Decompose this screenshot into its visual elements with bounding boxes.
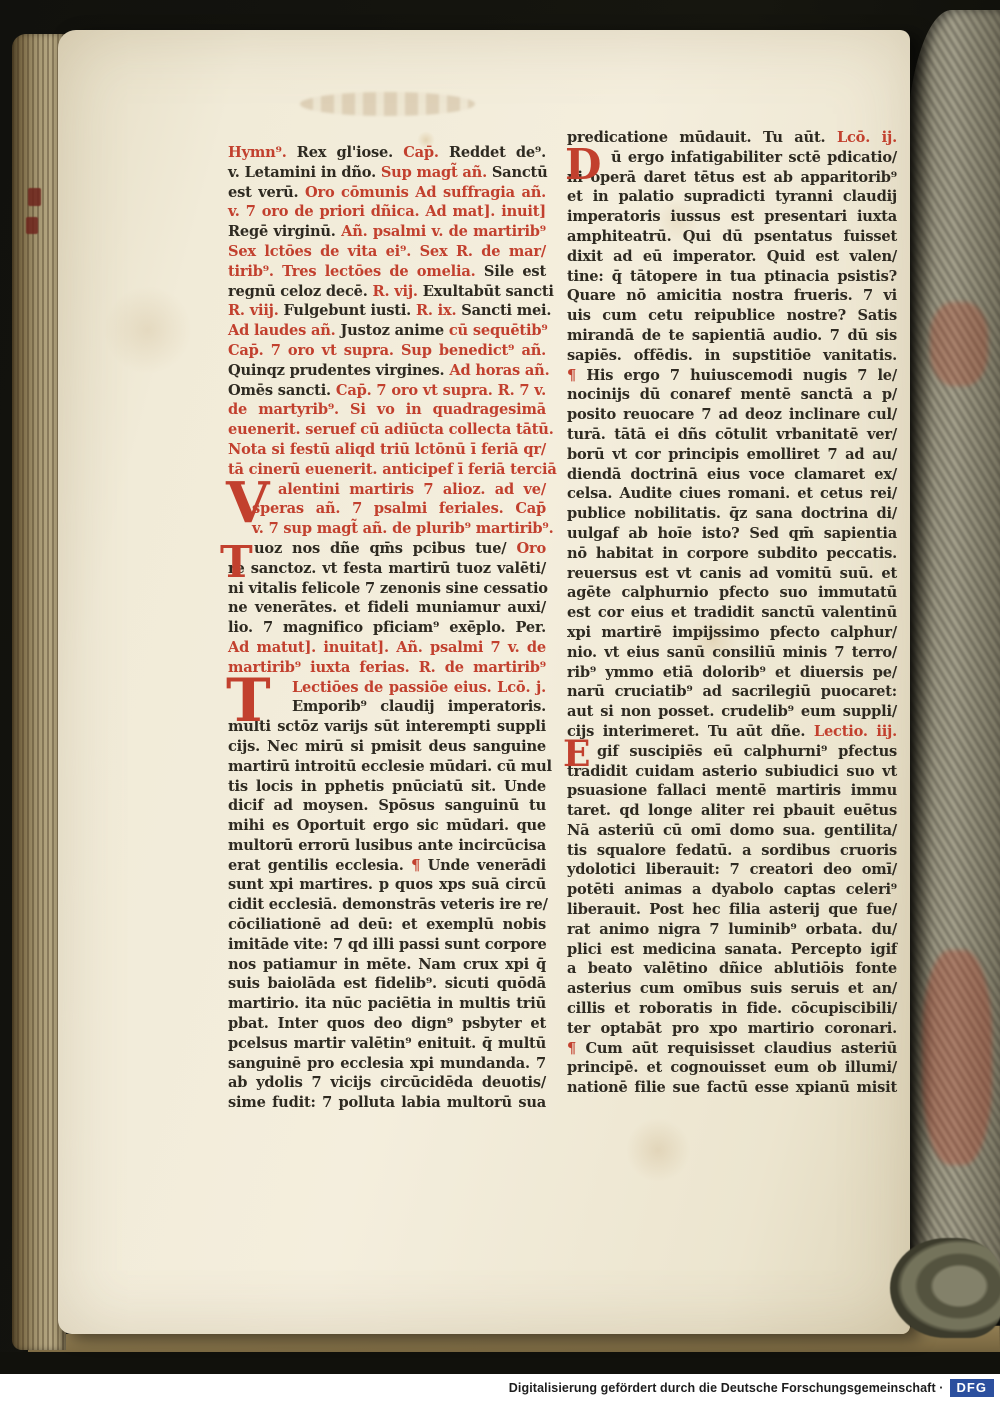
text-line: tirib⁹. Tres lectōes de omelia. Sile est [228, 262, 546, 282]
text-line: potēti animas a dyabolo captas celeri⁹ [567, 880, 897, 900]
text-segment: potēti animas a dyabolo captas celeri⁹ [567, 881, 897, 898]
text-segment: cillis et roboratis in fide. cōcupiscibi… [567, 1000, 897, 1017]
text-line: imperatoris iussus est presentari iuxta [567, 207, 897, 227]
text-line: pbat. Inter quos deo dign⁹ psbyter et [228, 1014, 546, 1034]
text-segment: ni operā daret tētus est ab apparitorib⁹ [567, 169, 897, 186]
text-segment: sime fudit: 7 polluta labia multorū sua [228, 1094, 546, 1111]
text-segment: R. ix. [416, 302, 456, 319]
text-line: reuersus est vt canis ad vomitū suū. et [567, 564, 897, 584]
text-segment: est cor eius et tradidit sanctū valentin… [567, 604, 897, 621]
text-line: cijs interimeret. Tu aūt dñe. Lectio. ii… [567, 722, 897, 742]
text-line: suis baiolāda est fidelib⁹. sicuti quōdā [228, 974, 546, 994]
text-segment: lio. 7 magnifico pficiam⁹ exēplo. Per. [228, 619, 546, 636]
text-segment: ¶ [567, 1040, 576, 1057]
text-segment: agēte calphurnio pfecto suo immutatū [567, 584, 897, 601]
text-segment: Sile est [484, 263, 546, 280]
text-segment: speras añ. 7 psalmi feriales. Cap̄ [252, 500, 546, 517]
text-segment: asterius cum omībus suis seruis et an/ [567, 980, 897, 997]
text-segment: narū cruciatib⁹ ad sacrilegiū puocaret: [567, 683, 897, 700]
text-segment: Omēs sancti. [228, 382, 331, 399]
text-line: R. viij. Fulgebunt iusti. R. ix. Sancti … [228, 301, 546, 321]
text-segment: imperatoris iussus est presentari iuxta [567, 208, 897, 225]
text-segment: pbat. Inter quos deo dign⁹ psbyter et [228, 1015, 546, 1032]
text-segment: a beato valētino dñice ablutiōis fonte [567, 960, 897, 977]
text-segment: v. 7 sup magt̃ añ. de plurib⁹ martirib⁹. [252, 520, 554, 537]
text-line: publice nobilitatis. q̄z sana doctrina d… [567, 504, 897, 524]
text-segment: multi sctōz varijs sūt interempti suppli [228, 718, 546, 735]
text-line: mihi es Oportuit ergo sic mūdari. que [228, 816, 546, 836]
text-segment: Fulgebunt iusti. [284, 302, 412, 319]
text-segment: dicif ad moysen. Spōsus sanguinū tu [228, 797, 546, 814]
text-line: v. 7 oro de priori dñica. Ad mat]. inuit… [228, 202, 546, 222]
background-shadow [0, 1352, 1000, 1374]
text-line: agēte calphurnio pfecto suo immutatū [567, 583, 897, 603]
text-line: ni operā daret tētus est ab apparitorib⁹ [567, 168, 897, 188]
text-line: nō habitat in corpore subdito peccatis. [567, 544, 897, 564]
text-segment: taret. qd longe aliter rei pbauit euētus [567, 802, 897, 819]
text-line: narū cruciatib⁹ ad sacrilegiū puocaret: [567, 682, 897, 702]
text-line: uoz nos dñe qm̄s pcibus tue/ Oro [228, 539, 546, 559]
text-segment: rat animo nigra 7 luminib⁹ orbata. du/ [567, 921, 897, 938]
text-segment: ¶ [567, 367, 576, 384]
text-line: Quare nō amicitia nostra frueris. 7 vi [567, 286, 897, 306]
text-segment: Cap̄. [403, 144, 439, 161]
text-line: Nota si festū aliqd triū lctōnū ī feriā … [228, 440, 546, 460]
text-segment: Oro cōmunis Ad suffragia añ. [305, 184, 546, 201]
text-segment: re sanctoz. vt festa martirū tuoz valēti… [228, 560, 546, 577]
text-line: tā cinerū euenerit. anticipef ī feriā te… [228, 460, 546, 480]
text-line: plici est medicina sanata. Percepto igif [567, 940, 897, 960]
text-line: diendā doctrinā eius voce clamaret ex/ [567, 465, 897, 485]
text-line: v. 7 sup magt̃ añ. de plurib⁹ martirib⁹. [228, 519, 546, 539]
text-line: aut si non posset. crudelib⁹ eum suppli/ [567, 702, 897, 722]
text-segment: posito reuocare 7 ad deoz inclinare cul/ [567, 406, 897, 423]
text-line: mirandā de te sapientiā audio. 7 dū sis [567, 326, 897, 346]
text-line: ter optabāt pro xpo martirio coronari. [567, 1019, 897, 1039]
ink-showthrough [300, 92, 475, 116]
text-line: sunt xpi martires. p quos xps suā circū [228, 875, 546, 895]
text-segment: Lcō. ij. [837, 129, 897, 146]
text-line: tis squalore fedatū. a sordibus cruoris [567, 841, 897, 861]
text-segment: erat gentilis ecclesia. [228, 857, 404, 874]
text-line: taret. qd longe aliter rei pbauit euētus [567, 801, 897, 821]
text-segment: Nā asteriū cū omī domo sua. gentilita/ [567, 822, 897, 839]
text-line: Cap̄. 7 oro vt supra. Sup benedict⁹ añ. [228, 341, 546, 361]
text-segment: alentini martiris 7 alioz. ad ve/ [278, 481, 546, 498]
text-segment: v. Letamini in dño. [228, 164, 376, 181]
text-segment: sapiēs. offēdis. in supstitiōe vanitatis… [567, 347, 897, 364]
text-segment: borū vt cor principis emolliret 7 ad au/ [567, 446, 897, 463]
text-segment: tradidit cuidam asterio subiudici suo vt [567, 763, 897, 780]
illuminated-initial: E [563, 736, 590, 772]
text-line: sanguinē pro ecclesia xpi mundanda. 7 [228, 1054, 546, 1074]
text-line: cōciliationē ad deū: et exemplū nobis [228, 915, 546, 935]
text-line: martirio. ita nūc paciētia in multis tri… [228, 994, 546, 1014]
text-segment: mirandā de te sapientiā audio. 7 dū sis [567, 327, 897, 344]
text-line: alentini martiris 7 alioz. ad ve/ [228, 480, 546, 500]
text-line: dicif ad moysen. Spōsus sanguinū tu [228, 796, 546, 816]
text-segment: ab ydolis 7 vicijs circūcidēda deuotis/ [228, 1074, 546, 1091]
text-line: erat gentilis ecclesia. ¶ Unde venerādi [228, 856, 546, 876]
text-segment: Quare nō amicitia nostra frueris. 7 vi [567, 287, 897, 304]
adjacent-page-edge [906, 10, 1000, 1278]
text-segment: martirib⁹ iuxta ferias. R. de martirib⁹ [228, 659, 546, 676]
text-line: Hymn⁹. Rex gl'iose. Cap̄. Reddet de⁹. [228, 143, 546, 163]
illuminated-initial: T [226, 671, 271, 731]
dfg-logo: DFG [950, 1379, 994, 1397]
text-segment: xpi martirē impijssimo pfecto calphur/ [567, 624, 897, 641]
text-line: est verū. Oro cōmunis Ad suffragia añ. [228, 183, 546, 203]
text-line: imitāde vite: 7 qd illi passi sunt corpo… [228, 935, 546, 955]
text-segment: R. vij. [373, 283, 418, 300]
text-segment: tis squalore fedatū. a sordibus cruoris [567, 842, 897, 859]
text-segment: nio. vt eius sanū consiliū minis 7 terro… [567, 644, 897, 661]
text-segment: cijs interimeret. Tu aūt dñe. [567, 723, 805, 740]
text-segment: martirū introitū ecclesie mūdari. cū mul [228, 758, 552, 775]
text-line: multorū errorū lusibus ante incircūcisa [228, 836, 546, 856]
bookmark-tab [28, 188, 41, 206]
text-line: lio. 7 magnifico pficiam⁹ exēplo. Per. [228, 618, 546, 638]
text-segment: ne venerātes. et fideli muniamur auxi/ [228, 599, 546, 616]
text-line: ¶ His ergo 7 huiuscemodi nugis 7 le/ [567, 366, 897, 386]
text-line: Lectiōes de passiōe eius. Lcō. j. [228, 678, 546, 698]
text-segment: cōciliationē ad deū: et exemplū nobis [228, 916, 546, 933]
text-line: a beato valētino dñice ablutiōis fonte [567, 959, 897, 979]
text-segment: Quinqz prudentes virgines. [228, 362, 444, 379]
text-segment: Sancti mei. [461, 302, 551, 319]
text-segment: tā cinerū euenerit. anticipef ī feriā te… [228, 461, 557, 478]
text-segment: aut si non posset. crudelib⁹ eum suppli/ [567, 703, 897, 720]
text-segment: Sex lctōes de vita ei⁹. Sex R. de mar/ [228, 243, 546, 260]
text-line: ne venerātes. et fideli muniamur auxi/ [228, 598, 546, 618]
text-line: ab ydolis 7 vicijs circūcidēda deuotis/ [228, 1073, 546, 1093]
text-line: amphiteatrū. Qui dū psentatus fuisset [567, 227, 897, 247]
text-line: regnū celoz decē. R. vij. Exultabūt sanc… [228, 282, 546, 302]
text-line: borū vt cor principis emolliret 7 ad au/ [567, 445, 897, 465]
text-segment: Lectio. iij. [814, 723, 897, 740]
adjacent-page-red-text-blur [930, 302, 988, 386]
text-line: rib⁹ ymmo etiā dolorib⁹ et diuersis pe/ [567, 663, 897, 683]
text-segment: His ergo 7 huiuscemodi nugis 7 le/ [586, 367, 897, 384]
bookmark-tab [26, 217, 38, 234]
text-line: v. Letamini in dño. Sup magt̃ añ. Sanctū [228, 163, 546, 183]
text-line: re sanctoz. vt festa martirū tuoz valēti… [228, 559, 546, 579]
text-segment: de martyrib⁹. Si vo in quadragesimā [228, 401, 546, 418]
text-segment: sanguinē pro ecclesia xpi mundanda. 7 [228, 1055, 546, 1072]
text-line: martirib⁹ iuxta ferias. R. de martirib⁹ [228, 658, 546, 678]
text-line: est cor eius et tradidit sanctū valentin… [567, 603, 897, 623]
text-line: martirū introitū ecclesie mūdari. cū mul [228, 757, 546, 777]
text-line: liberauit. Post hec filia asterij que fu… [567, 900, 897, 920]
text-line: nocinijs dū conaref mentē sanctā a p/ [567, 385, 897, 405]
text-line: nationē filie sue factū esse xpianū misi… [567, 1078, 897, 1098]
text-line: sime fudit: 7 polluta labia multorū sua [228, 1093, 546, 1113]
text-segment: ¶ [411, 857, 420, 874]
text-segment: Añ. psalmi v. de martirib⁹ [341, 223, 546, 240]
text-segment: rib⁹ ymmo etiā dolorib⁹ et diuersis pe/ [567, 664, 897, 681]
text-line: tine: q̄ tātopere in tua ptinacia psisti… [567, 267, 897, 287]
text-segment: plici est medicina sanata. Percepto igif [567, 941, 897, 958]
text-line: de martyrib⁹. Si vo in quadragesimā [228, 400, 546, 420]
text-segment: tine: q̄ tātopere in tua ptinacia psisti… [567, 268, 897, 285]
text-segment: euenerit. seruef cū adiūcta collecta tāt… [228, 421, 554, 438]
text-line: ydolotici liberauit: 7 creatori deo omī/ [567, 860, 897, 880]
text-segment: Sanctū [492, 164, 548, 181]
text-segment: Justoz anime [340, 322, 444, 339]
text-line: nos patiamur in mēte. Nam crux xpi q̄ [228, 955, 546, 975]
text-column-right: predicatione mūdauit. Tu aūt. Lcō. ij.ū … [567, 128, 897, 1098]
text-segment: regnū celoz decē. [228, 283, 368, 300]
text-segment: Regē virginū. [228, 223, 336, 240]
text-segment: sunt xpi martires. p quos xps suā circū [228, 876, 546, 893]
text-segment: nocinijs dū conaref mentē sanctā a p/ [567, 386, 897, 403]
text-segment: liberauit. Post hec filia asterij que fu… [567, 901, 897, 918]
text-segment: mihi es Oportuit ergo sic mūdari. que [228, 817, 546, 834]
text-segment: Hymn⁹. [228, 144, 287, 161]
text-segment: Lectiōes de passiōe eius. Lcō. j. [292, 679, 546, 696]
text-segment: R. viij. [228, 302, 279, 319]
text-line: uulgaf ab hoīe isto? Sed qm̄ sapientia [567, 524, 897, 544]
text-segment: reuersus est vt canis ad vomitū suū. et [567, 565, 897, 582]
text-segment: uulgaf ab hoīe isto? Sed qm̄ sapientia [567, 525, 897, 542]
text-segment: amphiteatrū. Qui dū psentatus fuisset [567, 228, 897, 245]
page-curl [890, 1238, 1000, 1338]
text-line: tradidit cuidam asterio subiudici suo vt [567, 762, 897, 782]
text-line: cijs. Nec mirū si pmisit deus sanguine [228, 737, 546, 757]
text-segment: nationē filie sue factū esse xpianū misi… [567, 1079, 897, 1096]
text-segment: Oro [516, 540, 546, 557]
text-line: Nā asteriū cū omī domo sua. gentilita/ [567, 821, 897, 841]
book-page: Hymn⁹. Rex gl'iose. Cap̄. Reddet de⁹.v. … [58, 30, 910, 1334]
text-line: uis cum cetu reipublice nostre? Satis [567, 306, 897, 326]
text-line: posito reuocare 7 ad deoz inclinare cul/ [567, 405, 897, 425]
text-segment: cijs. Nec mirū si pmisit deus sanguine [228, 738, 546, 755]
text-line: Ad laudes añ. Justoz anime cū sequētib⁹ [228, 321, 546, 341]
text-segment: tirib⁹. Tres lectōes de omelia. [228, 263, 476, 280]
text-segment: nō habitat in corpore subdito peccatis. [567, 545, 897, 562]
text-line: sapiēs. offēdis. in supstitiōe vanitatis… [567, 346, 897, 366]
text-line: Ad matut]. inuitat]. Añ. psalmi 7 v. de [228, 638, 546, 658]
text-segment: est verū. [228, 184, 298, 201]
text-segment: dixit ad eū imperator. Quid est valen/ [567, 248, 897, 265]
text-segment: ydolotici liberauit: 7 creatori deo omī/ [567, 861, 897, 878]
text-line: Sex lctōes de vita ei⁹. Sex R. de mar/ [228, 242, 546, 262]
text-line: euenerit. seruef cū adiūcta collecta tāt… [228, 420, 546, 440]
text-segment: cidit ecclesiā. demonstrās veteris ire r… [228, 896, 548, 913]
text-line: asterius cum omībus suis seruis et an/ [567, 979, 897, 999]
text-segment: tis locis in pphetis pnūciatū sit. Unde [228, 778, 546, 795]
text-line: predicatione mūdauit. Tu aūt. Lcō. ij. [567, 128, 897, 148]
text-segment: predicatione mūdauit. Tu aūt. [567, 129, 825, 146]
text-segment: Cap̄. 7 oro vt supra. Sup benedict⁹ añ. [228, 342, 546, 359]
text-line: pcelsus martir valētin⁹ enituit. q̄ mult… [228, 1034, 546, 1054]
text-segment: celsa. Audite ciues romani. et cetus rei… [567, 485, 897, 502]
illuminated-initial: T [220, 541, 253, 585]
text-segment: psuasione fallaci mentē martiris immu [567, 782, 897, 799]
text-segment: imitāde vite: 7 qd illi passi sunt corpo… [228, 936, 547, 953]
text-line: Regē virginū. Añ. psalmi v. de martirib⁹ [228, 222, 546, 242]
text-line: rat animo nigra 7 luminib⁹ orbata. du/ [567, 920, 897, 940]
text-segment: gif suscipiēs eū calphurni⁹ pfectus [597, 743, 897, 760]
digitization-credit-bar: Digitalisierung gefördert durch die Deut… [0, 1374, 1000, 1402]
text-segment: Unde venerādi [428, 857, 546, 874]
text-segment: principē. et cognouisset eum ob illumi/ [567, 1059, 897, 1076]
text-line: Omēs sancti. Cap̄. 7 oro vt supra. R. 7 … [228, 381, 546, 401]
text-line: ¶ Cum aūt requisisset claudius asteriū [567, 1039, 897, 1059]
digitization-credit-text: Digitalisierung gefördert durch die Deut… [509, 1381, 944, 1395]
text-segment: diendā doctrinā eius voce clamaret ex/ [567, 466, 897, 483]
text-segment: Exultabūt sancti [423, 283, 554, 300]
text-line: xpi martirē impijssimo pfecto calphur/ [567, 623, 897, 643]
text-segment: et in palatio supradicti tyranni claudij [567, 188, 897, 205]
adjacent-page-red-text-blur [922, 950, 992, 1165]
text-segment: Sup magt̃ añ. [381, 164, 487, 181]
text-segment: nos patiamur in mēte. Nam crux xpi q̄ [228, 956, 546, 973]
text-segment: ū ergo infatigabiliter sctē pdicatio/ [611, 149, 897, 166]
text-segment: pcelsus martir valētin⁹ enituit. q̄ mult… [228, 1035, 546, 1052]
text-segment: Ad horas añ. [449, 362, 549, 379]
text-line: Quinqz prudentes virgines. Ad horas añ. [228, 361, 546, 381]
text-line: ni vitalis felicole 7 zenonis sine cessa… [228, 579, 546, 599]
text-segment: uoz nos dñe qm̄s pcibus tue/ [254, 540, 506, 557]
text-line: Emporib⁹ claudij imperatoris. [228, 697, 546, 717]
text-segment: uis cum cetu reipublice nostre? Satis [567, 307, 897, 324]
text-segment: v. 7 oro de priori dñica. Ad mat]. inuit… [228, 203, 546, 220]
text-segment: Rex gl'iose. [297, 144, 393, 161]
text-line: multi sctōz varijs sūt interempti suppli [228, 717, 546, 737]
text-segment: suis baiolāda est fidelib⁹. sicuti quōdā [228, 975, 546, 992]
text-segment: Reddet de⁹. [449, 144, 546, 161]
text-line: principē. et cognouisset eum ob illumi/ [567, 1058, 897, 1078]
illuminated-initial: V [226, 475, 269, 531]
text-line: gif suscipiēs eū calphurni⁹ pfectus [567, 742, 897, 762]
book-scan: Hymn⁹. Rex gl'iose. Cap̄. Reddet de⁹.v. … [0, 0, 1000, 1402]
text-segment: Cap̄. 7 oro vt supra. R. 7 v. [336, 382, 546, 399]
text-line: psuasione fallaci mentē martiris immu [567, 781, 897, 801]
text-segment: Ad matut]. inuitat]. Añ. psalmi 7 v. de [228, 639, 546, 656]
text-segment: martirio. ita nūc paciētia in multis tri… [228, 995, 546, 1012]
text-line: et in palatio supradicti tyranni claudij [567, 187, 897, 207]
text-line: nio. vt eius sanū consiliū minis 7 terro… [567, 643, 897, 663]
text-column-left: Hymn⁹. Rex gl'iose. Cap̄. Reddet de⁹.v. … [228, 143, 546, 1113]
text-segment: Cum aūt requisisset claudius asteriū [585, 1040, 897, 1057]
text-line: speras añ. 7 psalmi feriales. Cap̄ [228, 499, 546, 519]
text-line: celsa. Audite ciues romani. et cetus rei… [567, 484, 897, 504]
text-segment: turā. tātā ei dñs cōtulit vrbanitatē ver… [567, 426, 897, 443]
text-segment: ter optabāt pro xpo martirio coronari. [567, 1020, 897, 1037]
text-line: ū ergo infatigabiliter sctē pdicatio/ [567, 148, 897, 168]
text-line: cillis et roboratis in fide. cōcupiscibi… [567, 999, 897, 1019]
text-segment: cū sequētib⁹ [449, 322, 548, 339]
text-segment: Ad laudes añ. [228, 322, 336, 339]
text-line: cidit ecclesiā. demonstrās veteris ire r… [228, 895, 546, 915]
text-segment: ni vitalis felicole 7 zenonis sine cessa… [228, 580, 548, 597]
text-segment: publice nobilitatis. q̄z sana doctrina d… [567, 505, 897, 522]
text-segment: Emporib⁹ claudij imperatoris. [292, 698, 546, 715]
text-line: tis locis in pphetis pnūciatū sit. Unde [228, 777, 546, 797]
text-line: dixit ad eū imperator. Quid est valen/ [567, 247, 897, 267]
text-segment: multorū errorū lusibus ante incircūcisa [228, 837, 546, 854]
illuminated-initial: D [565, 144, 601, 186]
text-line: turā. tātā ei dñs cōtulit vrbanitatē ver… [567, 425, 897, 445]
text-segment: Nota si festū aliqd triū lctōnū ī feriā … [228, 441, 546, 458]
